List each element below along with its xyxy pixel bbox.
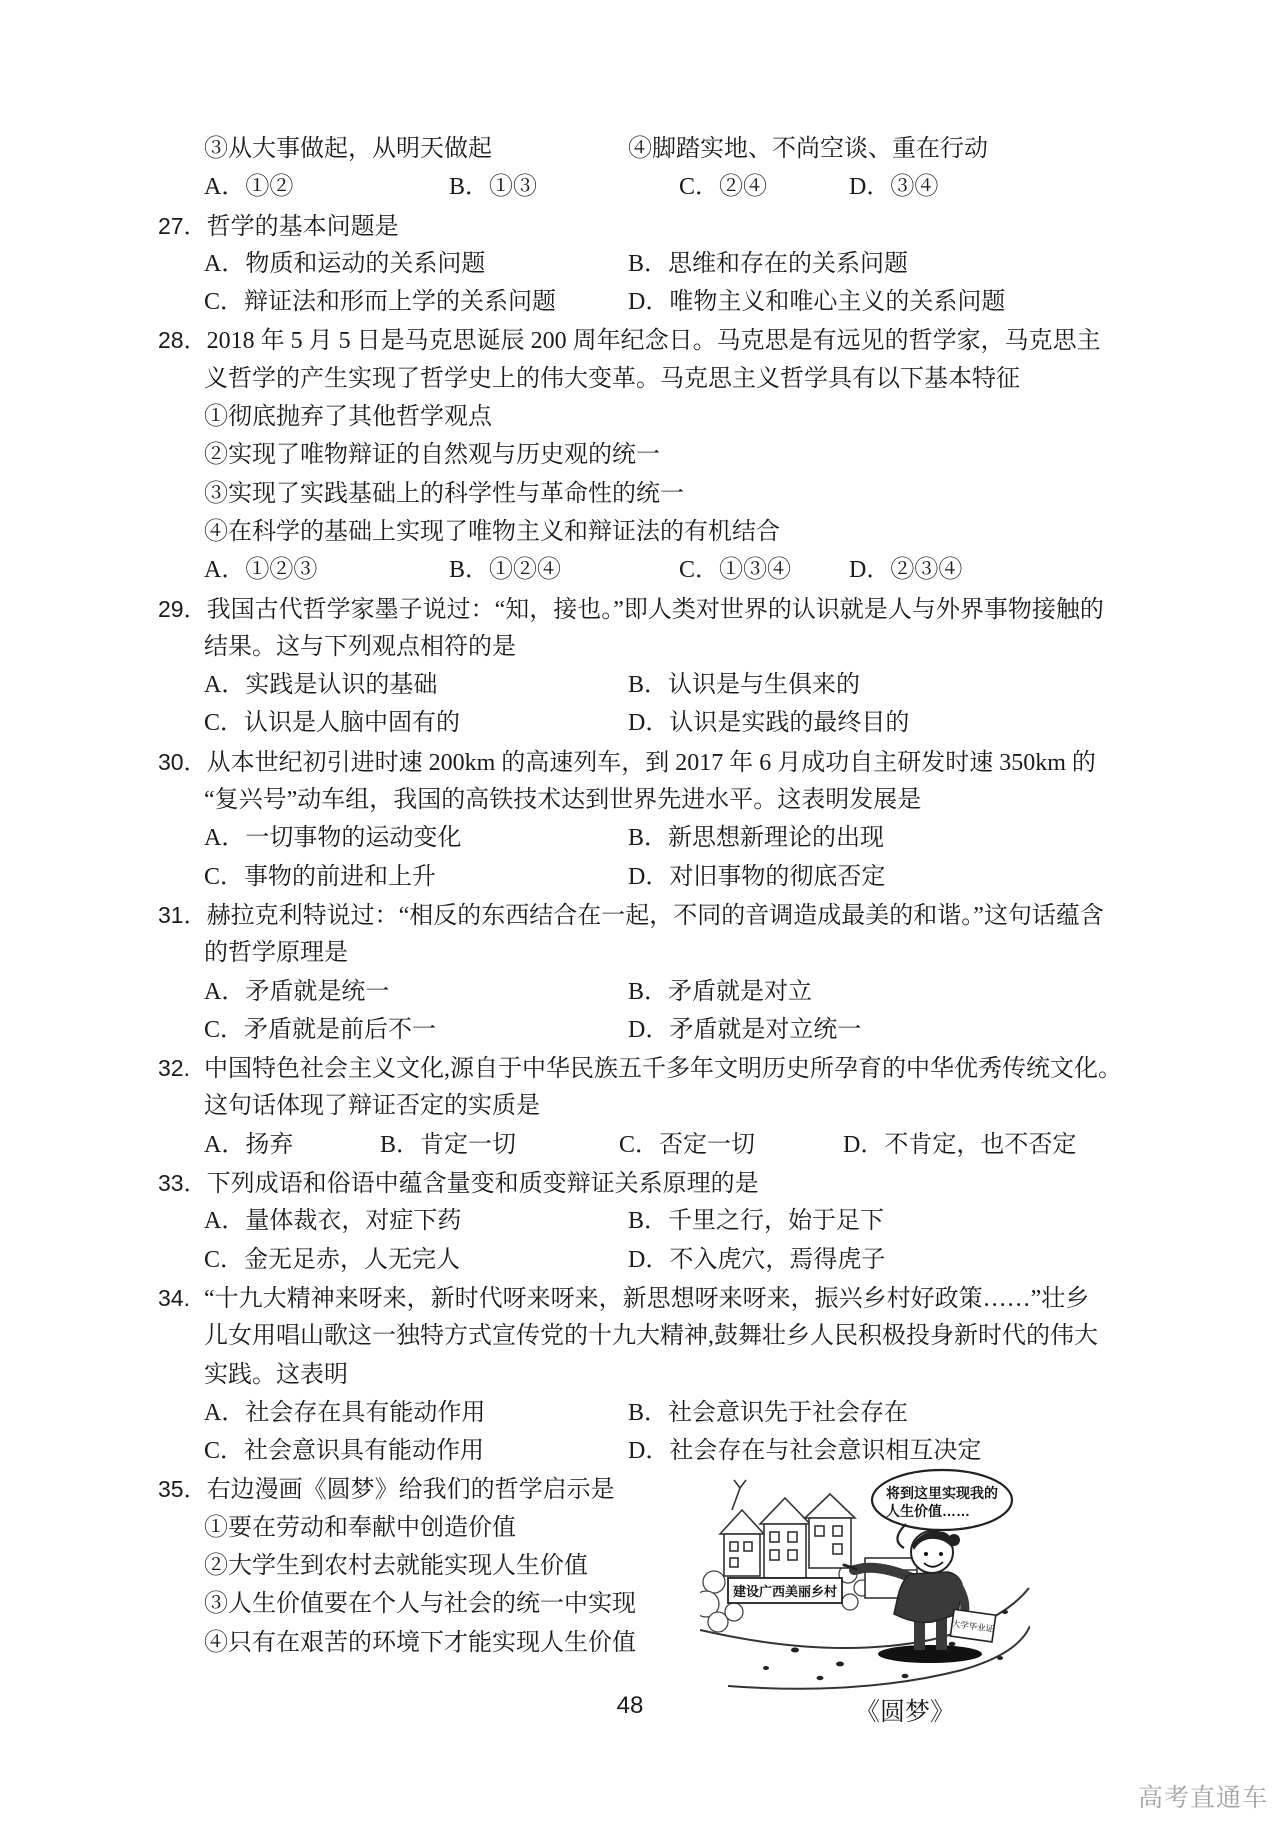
- continuation-line: 义哲学的产生实现了哲学史上的伟大变革。马克思主义哲学具有以下基本特征: [158, 360, 1158, 398]
- options-row: A．一切事物的运动变化B．新思想新理论的出现: [158, 819, 1158, 857]
- option: B．认识是与生俱来的: [628, 666, 860, 704]
- question-text: 我国古代哲学家墨子说过：“知，接也。”即人类对世界的认识就是人与外界事物接触的: [207, 597, 1104, 623]
- option: C．②④: [679, 168, 849, 206]
- continuation-line: ④在科学的基础上实现了唯物主义和辩证法的有机结合: [158, 513, 1158, 551]
- option: B．①②④: [449, 551, 679, 589]
- page-number: 48: [598, 1692, 662, 1720]
- option: ③从大事做起，从明天做起: [204, 130, 628, 168]
- continuation-line: 的哲学原理是: [158, 934, 1158, 972]
- option: A．量体裁衣，对症下药: [204, 1202, 628, 1240]
- question-line: 28．2018 年 5 月 5 日是马克思诞辰 200 周年纪念日。马克思是有远…: [158, 321, 1158, 359]
- options-row: A．矛盾就是统一B．矛盾就是对立: [158, 973, 1158, 1011]
- question-text: 从本世纪初引进时速 200km 的高速列车，到 2017 年 6 月成功自主研发…: [207, 750, 1096, 776]
- option: D．对旧事物的彻底否定: [628, 858, 885, 896]
- option: B．①③: [449, 168, 679, 206]
- question-number: 35．: [158, 1470, 207, 1508]
- option: C．矛盾就是前后不一: [204, 1011, 628, 1049]
- option: A．实践是认识的基础: [204, 666, 628, 704]
- options-row: A．①②③B．①②④C．①③④D．②③④: [158, 551, 1158, 589]
- options-row: ③从大事做起，从明天做起④脚踏实地、不尚空谈、重在行动: [158, 130, 1158, 168]
- options-row: A．①②B．①③C．②④D．③④: [158, 168, 1158, 206]
- questions-area: ③从大事做起，从明天做起④脚踏实地、不尚空谈、重在行动A．①②B．①③C．②④D…: [158, 130, 1158, 1662]
- question-text: “十九大精神来呀来，新时代呀来呀来，新思想呀来呀来，振兴乡村好政策……”壮乡: [204, 1286, 1089, 1312]
- options-row: A．扬弃B．肯定一切C．否定一切D．不肯定，也不否定: [158, 1126, 1158, 1164]
- option: D．矛盾就是对立统一: [628, 1011, 861, 1049]
- option: A．物质和运动的关系问题: [204, 245, 628, 283]
- question-line: 30．从本世纪初引进时速 200km 的高速列车，到 2017 年 6 月成功自…: [158, 743, 1158, 781]
- option: A．扬弃: [204, 1126, 380, 1164]
- option: D．③④: [849, 168, 938, 206]
- option: B．矛盾就是对立: [628, 973, 812, 1011]
- continuation-line: 实践。这表明: [158, 1356, 1158, 1394]
- options-row: A．量体裁衣，对症下药B．千里之行，始于足下: [158, 1202, 1158, 1240]
- cartoon-certificate: 大学毕业证: [950, 1609, 996, 1642]
- question-line: 27．哲学的基本问题是: [158, 207, 1158, 245]
- cartoon-sign-text: 建设广西美丽乡村: [732, 1584, 837, 1599]
- question-text: 右边漫画《圆梦》给我们的哲学启示是: [207, 1477, 615, 1503]
- question-text: 赫拉克利特说过：“相反的东西结合在一起，不同的音调造成最美的和谐。”这句话蕴含: [207, 903, 1104, 929]
- options-row: C．矛盾就是前后不一D．矛盾就是对立统一: [158, 1011, 1158, 1049]
- continuation-line: 结果。这与下列观点相符的是: [158, 628, 1158, 666]
- question-text: 2018 年 5 月 5 日是马克思诞辰 200 周年纪念日。马克思是有远见的哲…: [207, 328, 1101, 354]
- option: B．新思想新理论的出现: [628, 819, 884, 857]
- question-line: 34.“十九大精神来呀来，新时代呀来呀来，新思想呀来呀来，振兴乡村好政策……”壮…: [158, 1279, 1158, 1317]
- question-number: 33．: [158, 1164, 207, 1202]
- exam-page: ③从大事做起，从明天做起④脚踏实地、不尚空谈、重在行动A．①②B．①③C．②④D…: [0, 0, 1280, 1844]
- question-text: 下列成语和俗语中蕴含量变和质变辩证关系原理的是: [207, 1171, 759, 1197]
- question-number: 32.: [158, 1049, 204, 1087]
- options-row: C．事物的前进和上升D．对旧事物的彻底否定: [158, 858, 1158, 896]
- option: B．思维和存在的关系问题: [628, 245, 908, 283]
- option: B．肯定一切: [380, 1126, 619, 1164]
- question-line: 29．我国古代哲学家墨子说过：“知，接也。”即人类对世界的认识就是人与外界事物接…: [158, 590, 1158, 628]
- continuation-line: 这句话体现了辩证否定的实质是: [158, 1087, 1158, 1125]
- question-text: 哲学的基本问题是: [207, 214, 399, 240]
- option: D．不肯定，也不否定: [843, 1126, 1076, 1164]
- option: D．不入虎穴，焉得虎子: [628, 1241, 885, 1279]
- continuation-line: “复兴号”动车组，我国的高铁技术达到世界先进水平。这表明发展是: [158, 781, 1158, 819]
- continuation-line: ③实现了实践基础上的科学性与革命性的统一: [158, 475, 1158, 513]
- question-line: 31．赫拉克利特说过：“相反的东西结合在一起，不同的音调造成最美的和谐。”这句话…: [158, 896, 1158, 934]
- options-row: C．金无足赤，人无完人D．不入虎穴，焉得虎子: [158, 1241, 1158, 1279]
- question-number: 27．: [158, 207, 207, 245]
- cartoon-caption: 《圆梦》: [855, 1692, 955, 1728]
- watermark: 高考直通车: [1138, 1778, 1268, 1814]
- options-row: C．认识是人脑中固有的D．认识是实践的最终目的: [158, 704, 1158, 742]
- question-number: 30．: [158, 743, 207, 781]
- question-line: 32.中国特色社会主义文化,源自于中华民族五千多年文明历史所孕育的中华优秀传统文…: [158, 1049, 1158, 1087]
- options-row: C．辩证法和形而上学的关系问题D．唯物主义和唯心主义的关系问题: [158, 283, 1158, 321]
- continuation-line: 儿女用唱山歌这一独特方式宣传党的十九大精神,鼓舞壮乡人民积极投身新时代的伟大: [158, 1317, 1158, 1355]
- option: C．金无足赤，人无完人: [204, 1241, 628, 1279]
- option: A．一切事物的运动变化: [204, 819, 628, 857]
- option: D．唯物主义和唯心主义的关系问题: [628, 283, 1005, 321]
- option: C．社会意识具有能动作用: [204, 1432, 628, 1470]
- options-row: A．物质和运动的关系问题B．思维和存在的关系问题: [158, 245, 1158, 283]
- continuation-line: ①彻底抛弃了其他哲学观点: [158, 398, 1158, 436]
- option: C．①③④: [679, 551, 849, 589]
- cartoon-speech-text-line2: 人生价值……: [886, 1503, 970, 1519]
- option: C．事物的前进和上升: [204, 858, 628, 896]
- option: D．②③④: [849, 551, 962, 589]
- option: C．否定一切: [619, 1126, 843, 1164]
- question-number: 34.: [158, 1279, 204, 1317]
- option: C．辩证法和形而上学的关系问题: [204, 283, 628, 321]
- cartoon-village-sign: 建设广西美丽乡村: [728, 1578, 842, 1603]
- question-line: 33．下列成语和俗语中蕴含量变和质变辩证关系原理的是: [158, 1164, 1158, 1202]
- cartoon-yuanmeng: 建设广西美丽乡村: [700, 1462, 1030, 1692]
- options-row: A．社会存在具有能动作用B．社会意识先于社会存在: [158, 1394, 1158, 1432]
- question-number: 28．: [158, 321, 207, 359]
- option: A．矛盾就是统一: [204, 973, 628, 1011]
- option: A．①②③: [204, 551, 449, 589]
- options-row: A．实践是认识的基础B．认识是与生俱来的: [158, 666, 1158, 704]
- question-number: 29．: [158, 590, 207, 628]
- option: C．认识是人脑中固有的: [204, 704, 628, 742]
- continuation-line: ②实现了唯物辩证的自然观与历史观的统一: [158, 436, 1158, 474]
- question-number: 31．: [158, 896, 207, 934]
- option: B．千里之行，始于足下: [628, 1202, 884, 1240]
- option: A．①②: [204, 168, 449, 206]
- cartoon-speech-text-line1: 将到这里实现我的: [886, 1485, 998, 1501]
- option: A．社会存在具有能动作用: [204, 1394, 628, 1432]
- question-text: 中国特色社会主义文化,源自于中华民族五千多年文明历史所孕育的中华优秀传统文化。: [204, 1056, 1122, 1082]
- option: ④脚踏实地、不尚空谈、重在行动: [628, 130, 988, 168]
- option: D．认识是实践的最终目的: [628, 704, 909, 742]
- option: B．社会意识先于社会存在: [628, 1394, 908, 1432]
